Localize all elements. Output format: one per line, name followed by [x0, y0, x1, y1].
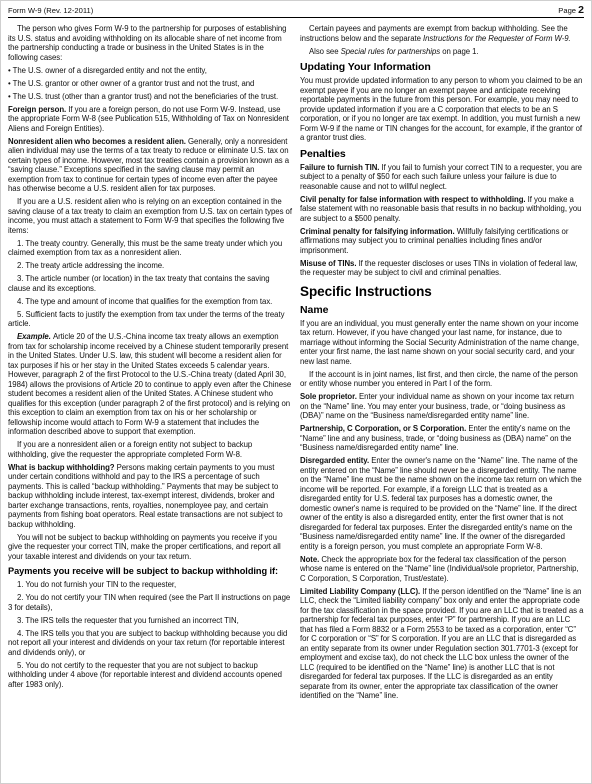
- text-run: 5. You do not certify to the requester t…: [8, 661, 282, 689]
- paragraph: Sole proprietor. Enter your individual n…: [300, 392, 584, 421]
- text-run: Failure to furnish TIN.: [300, 163, 382, 172]
- text-run: Instructions for the Requester of Form W…: [423, 34, 571, 43]
- paragraph: Partnership, C Corporation, or S Corpora…: [300, 424, 584, 453]
- paragraph: Disregarded entity. Enter the owner's na…: [300, 456, 584, 551]
- text-run: Specific Instructions: [300, 284, 432, 299]
- text-run: Name: [300, 304, 328, 316]
- text-run: If the account is in joint names, list f…: [300, 370, 578, 389]
- text-run: If you are an individual, you must gener…: [300, 319, 579, 366]
- paragraph: Criminal penalty for falsifying informat…: [300, 227, 584, 256]
- text-run: Foreign person.: [8, 105, 68, 114]
- text-run: The U.S. trust (other than a grantor tru…: [13, 92, 278, 101]
- text-run: 5. Sufficient facts to justify the exemp…: [8, 310, 284, 329]
- page-word: Page: [558, 6, 576, 15]
- text-run: You must provide updated information to …: [300, 76, 582, 142]
- text-run: Penalties: [300, 148, 346, 160]
- text-run: on page 1.: [440, 47, 478, 56]
- text-run: Nonresident alien who becomes a resident…: [8, 137, 188, 146]
- list-item: • The U.S. trust (other than a grantor t…: [8, 92, 292, 102]
- text-run: The U.S. grantor or other owner of a gra…: [13, 79, 255, 88]
- text-run: If the person identified on the “Name” l…: [300, 587, 583, 701]
- text-run: Updating Your Information: [300, 61, 431, 73]
- text-run: Misuse of TINs.: [300, 259, 359, 268]
- text-run: Payments you receive will be subject to …: [8, 566, 278, 576]
- document-page: Form W-9 (Rev. 12-2011) Page 2 The perso…: [0, 0, 592, 784]
- paragraph: If you are a nonresident alien or a fore…: [8, 440, 292, 459]
- page-header: Form W-9 (Rev. 12-2011) Page 2: [8, 6, 584, 15]
- paragraph: Failure to furnish TIN. If you fail to f…: [300, 163, 584, 192]
- text-run: Check the appropriate box for the federa…: [300, 555, 578, 583]
- section-heading: Payments you receive will be subject to …: [8, 566, 292, 577]
- list-item: • The U.S. owner of a disregarded entity…: [8, 66, 292, 76]
- left-column: The person who gives Form W-9 to the par…: [8, 24, 292, 704]
- right-column: Certain payees and payments are exempt f…: [300, 24, 584, 704]
- list-item: 3. The article number (or location) in t…: [8, 274, 292, 293]
- page-number-value: 2: [578, 4, 584, 16]
- list-item: 5. Sufficient facts to justify the exemp…: [8, 310, 292, 329]
- paragraph: You will not be subject to backup withho…: [8, 533, 292, 562]
- form-title: Form W-9 (Rev. 12-2011): [8, 6, 93, 15]
- text-run: You will not be subject to backup withho…: [8, 533, 281, 561]
- text-run: 2. The treaty article addressing the inc…: [17, 261, 164, 270]
- text-run: Persons making certain payments to you m…: [8, 463, 283, 529]
- text-run: The U.S. owner of a disregarded entity a…: [13, 66, 207, 75]
- section-heading: Updating Your Information: [300, 61, 584, 73]
- paragraph: Limited Liability Company (LLC). If the …: [300, 587, 584, 701]
- text-run: What is backup withholding?: [8, 463, 117, 472]
- list-item: 2. The treaty article addressing the inc…: [8, 261, 292, 271]
- text-run: Partnership, C Corporation, or S Corpora…: [300, 424, 468, 433]
- text-run: 4. The type and amount of income that qu…: [17, 297, 272, 306]
- text-run: 4. The IRS tells you that you are subjec…: [8, 629, 287, 657]
- page-number: Page 2: [558, 6, 584, 15]
- paragraph: Note. Check the appropriate box for the …: [300, 555, 584, 584]
- paragraph: If the account is in joint names, list f…: [300, 370, 584, 389]
- paragraph: Example. Article 20 of the U.S.-China in…: [8, 332, 292, 437]
- text-run: 3. The article number (or location) in t…: [8, 274, 270, 293]
- text-run: Also see: [309, 47, 341, 56]
- paragraph: The person who gives Form W-9 to the par…: [8, 24, 292, 62]
- text-run: Criminal penalty for falsifying informat…: [300, 227, 457, 236]
- list-item: 2. You do not certify your TIN when requ…: [8, 593, 292, 612]
- paragraph: Certain payees and payments are exempt f…: [300, 24, 584, 43]
- text-run: Note.: [300, 555, 321, 564]
- list-item: 4. The IRS tells you that you are subjec…: [8, 629, 292, 658]
- text-run: Limited Liability Company (LLC).: [300, 587, 422, 596]
- text-run: 3. The IRS tells the requester that you …: [17, 616, 239, 625]
- text-run: The person who gives Form W-9 to the par…: [8, 24, 286, 62]
- text-run: Enter the owner's name on the “Name” lin…: [300, 456, 582, 551]
- content-columns: The person who gives Form W-9 to the par…: [8, 24, 584, 704]
- text-run: Example.: [17, 332, 53, 341]
- paragraph: Misuse of TINs. If the requester disclos…: [300, 259, 584, 278]
- paragraph: Foreign person. If you are a foreign per…: [8, 105, 292, 134]
- section-heading: Penalties: [300, 148, 584, 160]
- text-run: Special rules for partnerships: [341, 47, 440, 56]
- text-run: 1. The treaty country. Generally, this m…: [8, 239, 282, 258]
- text-run: Civil penalty for false information with…: [300, 195, 528, 204]
- paragraph: Nonresident alien who becomes a resident…: [8, 137, 292, 194]
- list-item: 1. You do not furnish your TIN to the re…: [8, 580, 292, 590]
- text-run: If you are a nonresident alien or a fore…: [8, 440, 252, 459]
- paragraph: If you are a U.S. resident alien who is …: [8, 197, 292, 235]
- text-run: Disregarded entity.: [300, 456, 371, 465]
- text-run: 2. You do not certify your TIN when requ…: [8, 593, 290, 612]
- text-run: 1. You do not furnish your TIN to the re…: [17, 580, 176, 589]
- text-run: Sole proprietor.: [300, 392, 359, 401]
- paragraph: Civil penalty for false information with…: [300, 195, 584, 224]
- list-item: 4. The type and amount of income that qu…: [8, 297, 292, 307]
- list-item: 1. The treaty country. Generally, this m…: [8, 239, 292, 258]
- text-run: If you are a U.S. resident alien who is …: [8, 197, 292, 235]
- paragraph: What is backup withholding? Persons maki…: [8, 463, 292, 530]
- list-item: • The U.S. grantor or other owner of a g…: [8, 79, 292, 89]
- section-heading: Name: [300, 304, 584, 316]
- header-rule: [8, 17, 584, 18]
- list-item: 5. You do not certify to the requester t…: [8, 661, 292, 690]
- section-heading: Specific Instructions: [300, 284, 584, 299]
- text-run: Article 20 of the U.S.-China income tax …: [8, 332, 291, 436]
- paragraph: Also see Special rules for partnerships …: [300, 47, 584, 57]
- list-item: 3. The IRS tells the requester that you …: [8, 616, 292, 626]
- paragraph: If you are an individual, you must gener…: [300, 319, 584, 367]
- paragraph: You must provide updated information to …: [300, 76, 584, 143]
